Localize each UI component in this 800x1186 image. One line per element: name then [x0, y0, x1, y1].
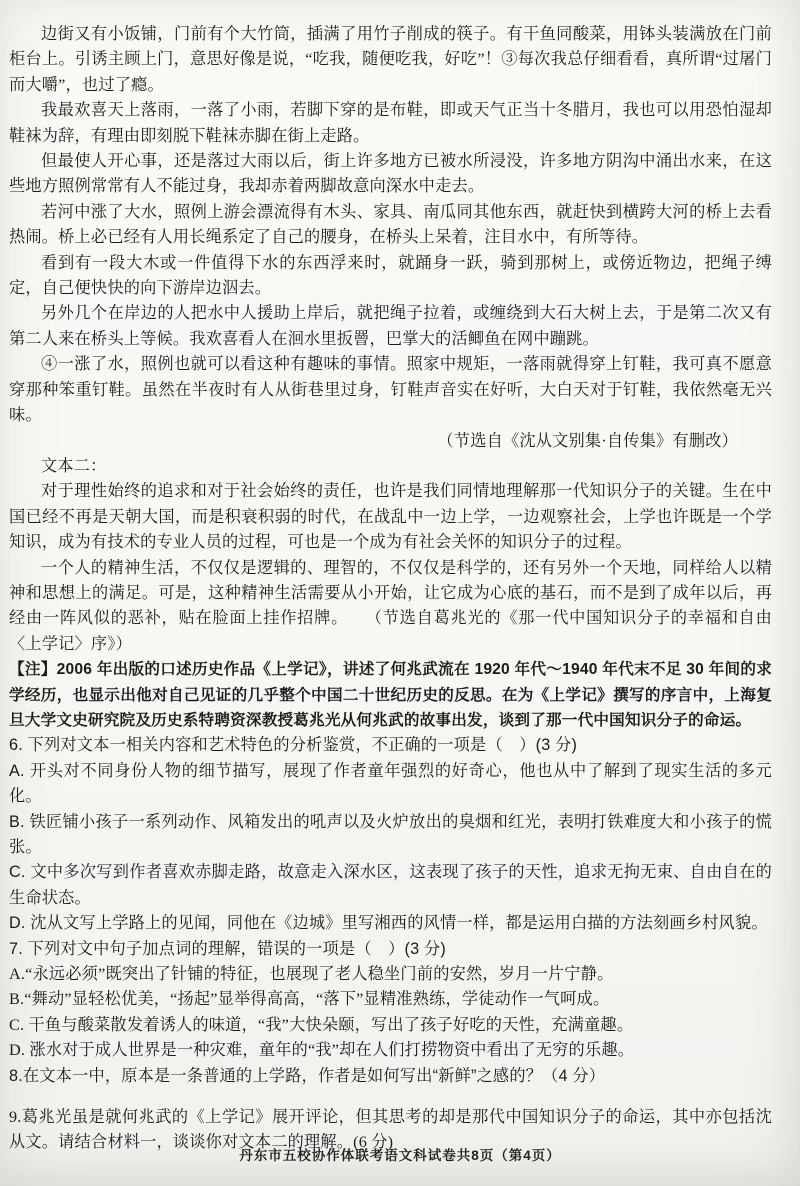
question-6-option-d: D. 沈从文写上学路上的见闻，同他在《边城》里写湘西的风情一样，都是运用白描的方…: [9, 911, 772, 936]
question-7-option-d: D. 涨水对于成人世界是一种灾难，童年的“我”却在人们打捞物资中看出了无穷的乐趣…: [9, 1038, 772, 1063]
passage1-paragraph-diving-for-goods: 看到有一段大木或一件值得下水的东西浮来时，就踊身一跃，骑到那树上，或傍近物边，把…: [9, 251, 772, 302]
question-7-stem: 7. 下列对文中句子加点词的理解，错误的一项是（ ）(3 分): [9, 937, 772, 962]
question-7-option-b: B.“舞动”显轻松优美，“扬起”显举得高高，“落下”显精准熟练，学徒动作一气呵成…: [9, 987, 772, 1012]
question-8-stem: 8.在文本一中，原本是一条普通的上学路，作者是如何写出“新鲜”之感的？（4 分）: [9, 1064, 772, 1089]
exam-content: 边街又有小饭铺，门前有个大竹筒，插满了用竹子削成的筷子。有干鱼同酸菜，用钵头装满…: [9, 22, 772, 1156]
question-6-option-c: C. 文中多次写到作者喜欢赤脚走路，故意走入深水区，这表现了孩子的天性，追求无拘…: [9, 860, 772, 911]
passage1-paragraph-rain-barefoot: 我最欢喜天上落雨，一落了小雨，若脚下穿的是布鞋，即或天气正当十冬腊月，我也可以用…: [9, 98, 772, 149]
question-6-option-b: B. 铁匠铺小孩子一系列动作、风箱发出的吼声以及火炉放出的臭烟和红光，表明打铁难…: [9, 810, 772, 861]
question-7-option-c: C. 干鱼与酸菜散发着诱人的味道，“我”大快朵颐，写出了孩子好吃的天性，充满童趣…: [9, 1013, 772, 1038]
scanned-exam-page: 边街又有小饭铺，门前有个大竹筒，插满了用竹子削成的筷子。有干鱼同酸菜，用钵头装满…: [0, 0, 800, 1186]
passage1-paragraph-nail-shoes: ④一涨了水，照例也就可以看这种有趣味的事情。照家中规矩，一落雨就得穿上钉鞋，我可…: [9, 352, 772, 428]
editor-note: 【注】2006 年出版的口述历史作品《上学记》，讲述了何兆武流在 1920 年代…: [9, 657, 772, 733]
passage1-paragraph-street-shops: 边街又有小饭铺，门前有个大竹筒，插满了用竹子削成的筷子。有干鱼同酸菜，用钵头装满…: [9, 22, 772, 98]
question-6-option-a: A. 开头对不同身份人物的细节描写，展现了作者童年强烈的好奇心，他也从中了解到了…: [9, 759, 772, 810]
question-7-option-a: A.“永远必须”既突出了针铺的特征，也展现了老人稳坐门前的安然，岁月一片宁静。: [9, 962, 772, 987]
passage2-paragraph-rational-pursuit: 对于理性始终的追求和对于社会始终的责任，也许是我们同情地理解那一代知识分子的关键…: [9, 479, 772, 555]
page-footer: 丹东市五校协作体联考语文科试卷共8页（第4页）: [0, 1144, 800, 1164]
passage1-paragraph-rope-helpers: 另外几个在岸边的人把水中人援助上岸后，就把绳子拉着，或缠绕到大石大树上去，于是第…: [9, 301, 772, 352]
passage1-paragraph-after-heavy-rain: 但最使人开心事，还是落过大雨以后，街上许多地方已被水所浸没，许多地方阴沟中涌出水…: [9, 149, 772, 200]
passage1-source-attribution: （节选自《沈从文别集·自传集》有删改）: [9, 429, 772, 454]
passage2-paragraph-spiritual-life: 一个人的精神生活，不仅仅是逻辑的、理智的，不仅仅是科学的，还有另外一个天地，同样…: [9, 556, 772, 658]
passage1-paragraph-river-flood: 若河中涨了大水，照例上游会漂流得有木头、家具、南瓜同其他东西，就赶快到横跨大河的…: [9, 200, 772, 251]
passage2-section-label: 文本二：: [9, 454, 772, 479]
question-6-stem: 6. 下列对文本一相关内容和艺术特色的分析鉴赏，不正确的一项是（ ）(3 分): [9, 733, 772, 758]
